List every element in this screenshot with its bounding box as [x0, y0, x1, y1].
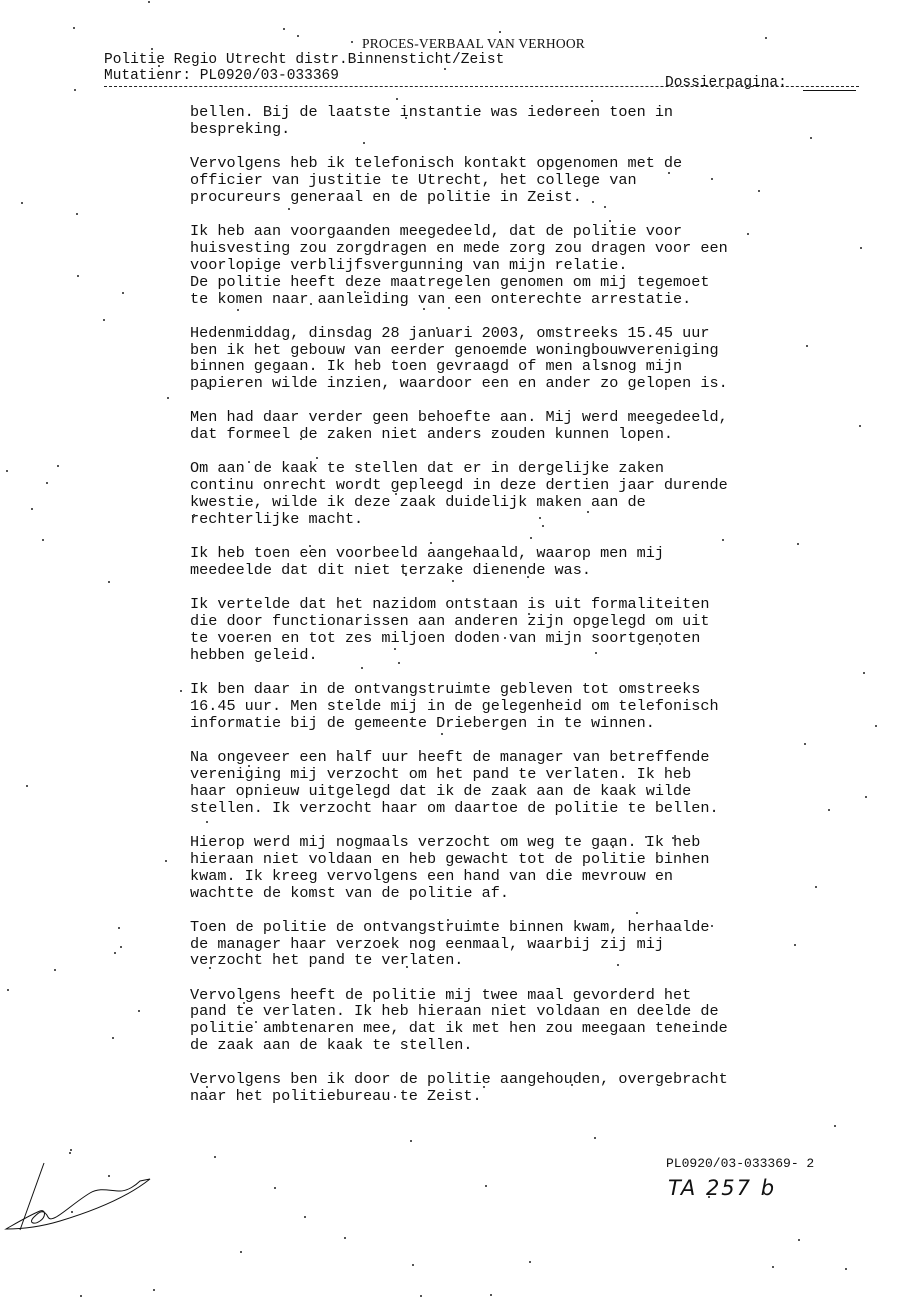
- scan-speck: [193, 514, 195, 516]
- scan-speck: [405, 117, 407, 119]
- scan-speck: [243, 1002, 245, 1004]
- scan-speck: [834, 1125, 836, 1127]
- scan-speck: [863, 672, 865, 674]
- mutation-number: Mutatienr: PL0920/03-033369: [104, 68, 339, 84]
- dossier-page-label: Dossierpagina:: [665, 75, 787, 91]
- statement-paragraph: Hedenmiddag, dinsdag 28 januari 2003, om…: [190, 325, 810, 393]
- scan-speck: [448, 307, 450, 309]
- scan-speck: [57, 465, 59, 467]
- statement-line: haar opnieuw uitgelegd dat ik de zaak aa…: [190, 783, 810, 800]
- scan-speck: [42, 539, 44, 541]
- scan-speck: [490, 1294, 492, 1296]
- statement-paragraph: Na ongeveer een half uur heeft de manage…: [190, 749, 810, 817]
- scan-speck: [377, 719, 379, 721]
- scan-speck: [412, 1264, 414, 1266]
- statement-line: vereniging mij verzocht om het pand te v…: [190, 766, 810, 783]
- police-region-line: Politie Regio Utrecht distr.Binnensticht…: [104, 52, 504, 68]
- scan-speck: [363, 142, 365, 144]
- statement-line: te voeren en tot zes miljoen doden van m…: [190, 630, 810, 647]
- statement-line: Ik ben daar in de ontvangstruimte geblev…: [190, 681, 810, 698]
- dossier-page-blank: [803, 90, 856, 91]
- scan-speck: [151, 48, 153, 50]
- statement-line: Ik heb aan voorgaanden meegedeeld, dat d…: [190, 223, 810, 240]
- scan-speck: [527, 576, 529, 578]
- scan-speck: [206, 821, 208, 823]
- statement-line: Hedenmiddag, dinsdag 28 januari 2003, om…: [190, 325, 810, 342]
- scan-speck: [485, 1185, 487, 1187]
- statement-line: pand te verlaten. Ik heb hieraan niet vo…: [190, 1003, 810, 1020]
- scan-speck: [815, 886, 817, 888]
- statement-paragraph: Ik heb toen een voorbeeld aangehaald, wa…: [190, 545, 810, 579]
- scan-speck: [108, 1175, 110, 1177]
- scan-speck: [158, 65, 160, 67]
- scan-speck: [240, 1251, 242, 1253]
- scan-speck: [180, 690, 182, 692]
- scan-speck: [396, 98, 398, 100]
- statement-paragraph: Ik heb aan voorgaanden meegedeeld, dat d…: [190, 223, 810, 308]
- statement-paragraph: Toen de politie de ontvangstruimte binne…: [190, 919, 810, 970]
- statement-line: de manager haar verzoek nog eenmaal, waa…: [190, 936, 810, 953]
- statement-line: Na ongeveer een half uur heeft de manage…: [190, 749, 810, 766]
- scan-speck: [604, 367, 606, 369]
- statement-line: bespreking.: [190, 121, 810, 138]
- scan-speck: [120, 946, 122, 948]
- statement-paragraph: bellen. Bij de laatste instantie was ied…: [190, 104, 810, 138]
- scan-speck: [475, 551, 477, 553]
- scan-speck: [288, 208, 290, 210]
- scan-speck: [794, 944, 796, 946]
- statement-line: voorlopige verblijfsvergunning van mijn …: [190, 257, 810, 274]
- signature-icon: [0, 1155, 260, 1245]
- statement-line: Vervolgens heb ik telefonisch kontakt op…: [190, 155, 810, 172]
- statement-line: verzocht het pand te verlaten.: [190, 952, 810, 969]
- scan-speck: [711, 925, 713, 927]
- scan-speck: [80, 1295, 82, 1297]
- scan-speck: [612, 846, 614, 848]
- scan-speck: [659, 643, 661, 645]
- scan-speck: [251, 638, 253, 640]
- scan-speck: [207, 387, 209, 389]
- statement-line: die door functionarissen aan anderen zij…: [190, 613, 810, 630]
- scan-speck: [504, 637, 506, 639]
- scan-speck: [722, 539, 724, 541]
- statement-line: De politie heeft deze maatregelen genome…: [190, 274, 810, 291]
- scan-speck: [206, 1086, 208, 1088]
- scan-speck: [708, 1196, 710, 1198]
- scan-speck: [595, 652, 597, 654]
- scan-speck: [108, 581, 110, 583]
- scan-speck: [26, 785, 28, 787]
- scan-speck: [645, 836, 647, 838]
- statement-line: huisvesting zou zorgdragen en mede zorg …: [190, 240, 810, 257]
- scan-speck: [167, 397, 169, 399]
- scan-speck: [765, 37, 767, 39]
- scan-speck: [758, 190, 760, 192]
- statement-paragraph: Ik vertelde dat het nazidom ontstaan is …: [190, 596, 810, 664]
- scan-speck: [444, 68, 446, 70]
- scan-speck: [248, 765, 250, 767]
- scan-speck: [492, 432, 494, 434]
- scan-speck: [436, 327, 438, 329]
- statement-line: Ik vertelde dat het nazidom ontstaan is …: [190, 596, 810, 613]
- scan-speck: [394, 648, 396, 650]
- scan-speck: [46, 482, 48, 484]
- statement-line: binnen gegaan. Ik heb toen gevraagd of m…: [190, 358, 810, 375]
- statement-line: Vervolgens ben ik door de politie aangeh…: [190, 1071, 810, 1088]
- scan-speck: [675, 1023, 677, 1025]
- scan-speck: [112, 1037, 114, 1039]
- scan-speck: [21, 202, 23, 204]
- statement-line: wachtte de komst van de politie af.: [190, 885, 810, 902]
- statement-line: rechterlijke macht.: [190, 511, 810, 528]
- scan-speck: [76, 213, 78, 215]
- scan-speck: [255, 1021, 257, 1023]
- scan-speck: [430, 542, 432, 544]
- scan-speck: [364, 291, 366, 293]
- scan-speck: [604, 206, 606, 208]
- scan-speck: [316, 457, 318, 459]
- scan-speck: [410, 1140, 412, 1142]
- statement-line: Men had daar verder geen behoefte aan. M…: [190, 409, 810, 426]
- scan-speck: [798, 1239, 800, 1241]
- statement-line: politie ambtenaren mee, dat ik met hen z…: [190, 1020, 810, 1037]
- statement-line: 16.45 uur. Men stelde mij in de gelegenh…: [190, 698, 810, 715]
- scan-speck: [118, 927, 120, 929]
- statement-line: Toen de politie de ontvangstruimte binne…: [190, 919, 810, 936]
- statement-line: Vervolgens heeft de politie mij twee maa…: [190, 987, 810, 1004]
- statement-line: kwestie, wilde ik deze zaak duidelijk ma…: [190, 494, 810, 511]
- statement-line: informatie bij de gemeente Driebergen in…: [190, 715, 810, 732]
- scan-speck: [797, 543, 799, 545]
- statement-line: dat formeel de zaken niet anders zouden …: [190, 426, 810, 443]
- scan-speck: [539, 517, 541, 519]
- scan-speck: [587, 511, 589, 513]
- statement-line: meedeelde dat dit niet terzake dienende …: [190, 562, 810, 579]
- document-title: PROCES-VERBAAL VAN VERHOOR: [362, 36, 585, 52]
- scan-speck: [165, 860, 167, 862]
- scan-speck: [71, 1211, 73, 1213]
- scan-speck: [452, 580, 454, 582]
- statement-line: hieraan niet voldaan en heb gewacht tot …: [190, 851, 810, 868]
- scan-speck: [70, 1149, 72, 1151]
- handwritten-mark: TA 257 b: [668, 1176, 776, 1200]
- scan-speck: [845, 1268, 847, 1270]
- scan-speck: [248, 461, 250, 463]
- scan-speck: [865, 796, 867, 798]
- statement-line: Ik heb toen een voorbeeld aangehaald, wa…: [190, 545, 810, 562]
- statement-paragraph: Hierop werd mij nogmaals verzocht om weg…: [190, 834, 810, 902]
- scan-speck: [617, 964, 619, 966]
- scan-speck: [153, 1289, 155, 1291]
- scan-speck: [810, 137, 812, 139]
- scan-speck: [860, 247, 862, 249]
- scan-speck: [804, 743, 806, 745]
- scan-speck: [344, 1237, 346, 1239]
- scan-speck: [74, 89, 76, 91]
- scan-speck: [114, 952, 116, 954]
- scan-speck: [420, 1295, 422, 1297]
- scan-speck: [73, 27, 75, 29]
- scan-speck: [683, 853, 685, 855]
- scan-speck: [875, 725, 877, 727]
- scan-speck: [859, 425, 861, 427]
- scan-speck: [394, 1096, 396, 1098]
- statement-line: continu onrecht wordt gepleegd in deze d…: [190, 477, 810, 494]
- scan-speck: [283, 28, 285, 30]
- scan-speck: [122, 292, 124, 294]
- scan-speck: [405, 574, 407, 576]
- statement-paragraph: Vervolgens heb ik telefonisch kontakt op…: [190, 155, 810, 206]
- statement-line: te komen naar aanleiding van een onterec…: [190, 291, 810, 308]
- scan-speck: [54, 969, 56, 971]
- header-divider: [104, 86, 859, 87]
- scan-speck: [528, 613, 530, 615]
- scan-speck: [772, 1266, 774, 1268]
- scan-speck: [561, 112, 563, 114]
- scan-speck: [274, 1187, 276, 1189]
- statement-line: officier van justitie te Utrecht, het co…: [190, 172, 810, 189]
- statement-line: stellen. Ik verzocht haar om daartoe de …: [190, 800, 810, 817]
- scan-speck: [69, 1152, 71, 1154]
- scan-speck: [806, 345, 808, 347]
- scan-speck: [401, 304, 403, 306]
- scan-speck: [395, 493, 397, 495]
- scan-speck: [609, 220, 611, 222]
- statement-paragraph: Men had daar verder geen behoefte aan. M…: [190, 409, 810, 443]
- scan-speck: [237, 309, 239, 311]
- scan-speck: [103, 319, 105, 321]
- scan-speck: [747, 233, 749, 235]
- scan-speck: [571, 1084, 573, 1086]
- statement-line: procureurs generaal en de politie in Zei…: [190, 189, 810, 206]
- statement-line: Hierop werd mij nogmaals verzocht om weg…: [190, 834, 810, 851]
- scan-speck: [310, 303, 312, 305]
- statement-line: naar het politiebureau te Zeist.: [190, 1088, 810, 1105]
- scan-speck: [828, 809, 830, 811]
- statement-line: bellen. Bij de laatste instantie was ied…: [190, 104, 810, 121]
- statement-paragraph: Ik ben daar in de ontvangstruimte geblev…: [190, 681, 810, 732]
- scan-speck: [499, 31, 501, 33]
- scan-speck: [447, 919, 449, 921]
- scan-speck: [291, 467, 293, 469]
- scan-speck: [423, 308, 425, 310]
- scan-speck: [483, 1086, 485, 1088]
- scan-speck: [711, 178, 713, 180]
- scan-speck: [148, 1, 150, 3]
- scan-speck: [529, 1261, 531, 1263]
- scan-speck: [542, 525, 544, 527]
- scan-speck: [77, 275, 79, 277]
- scan-speck: [398, 662, 400, 664]
- scan-speck: [31, 508, 33, 510]
- scan-speck: [410, 723, 412, 725]
- scan-speck: [6, 470, 8, 472]
- scan-speck: [483, 364, 485, 366]
- scan-speck: [300, 438, 302, 440]
- scan-speck: [406, 966, 408, 968]
- scan-speck: [241, 470, 243, 472]
- scan-speck: [209, 967, 211, 969]
- scan-speck: [530, 537, 532, 539]
- page-reference: PL0920/03-033369- 2: [666, 1156, 814, 1171]
- statement-paragraph: Om aan de kaak te stellen dat er in derg…: [190, 460, 810, 528]
- scan-speck: [592, 201, 594, 203]
- scan-speck: [441, 733, 443, 735]
- scan-speck: [297, 35, 299, 37]
- statement-paragraph: Vervolgens ben ik door de politie aangeh…: [190, 1071, 810, 1105]
- scan-speck: [138, 1010, 140, 1012]
- scan-speck: [304, 1216, 306, 1218]
- statement-body: bellen. Bij de laatste instantie was ied…: [190, 104, 810, 1122]
- statement-line: Om aan de kaak te stellen dat er in derg…: [190, 460, 810, 477]
- statement-line: papieren wilde inzien, waardoor een en a…: [190, 375, 810, 392]
- scan-speck: [636, 912, 638, 914]
- scan-speck: [214, 1156, 216, 1158]
- scan-speck: [594, 1137, 596, 1139]
- scan-speck: [668, 172, 670, 174]
- scan-speck: [672, 837, 674, 839]
- statement-paragraph: Vervolgens heeft de politie mij twee maa…: [190, 987, 810, 1055]
- scan-speck: [591, 100, 593, 102]
- statement-line: de zaak aan de kaak te stellen.: [190, 1037, 810, 1054]
- scan-speck: [309, 545, 311, 547]
- statement-line: kwam. Ik kreeg vervolgens een hand van d…: [190, 868, 810, 885]
- statement-line: ben ik het gebouw van eerder genoemde wo…: [190, 342, 810, 359]
- scan-speck: [361, 667, 363, 669]
- scan-speck: [7, 989, 9, 991]
- statement-line: hebben geleid.: [190, 647, 810, 664]
- scan-speck: [351, 41, 353, 43]
